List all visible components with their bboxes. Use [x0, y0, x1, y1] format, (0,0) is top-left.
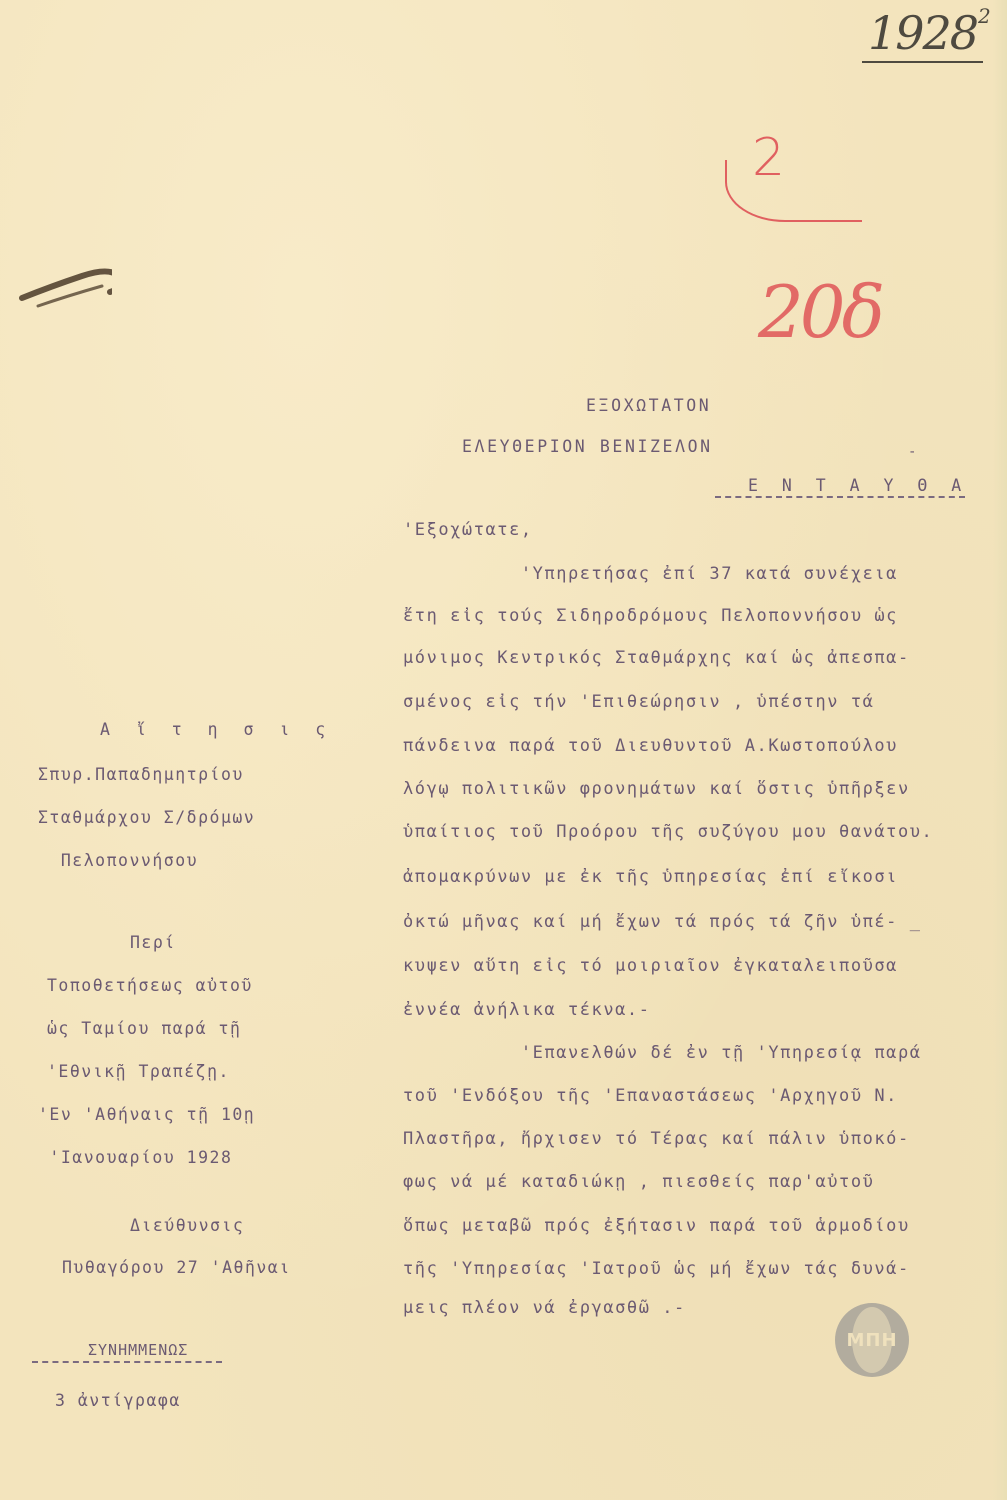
enclosures-value: 3 ἀντίγραφα	[55, 1393, 181, 1410]
letter-greeting: 'Εξοχώτατε,	[403, 522, 533, 539]
dash-mark: -	[908, 445, 918, 459]
subject-line: ὡς Ταμίου παρά τῇ	[47, 1021, 241, 1038]
subject-line: 'Εθνικῇ Τραπέζῃ.	[47, 1064, 230, 1081]
body-line: τῆς 'Υπηρεσίας 'Ιατροῦ ὡς μή ἔχων τάς δυ…	[403, 1261, 910, 1278]
body-line: μόνιμος Κεντρικός Σταθμάρχης καί ὡς ἀπεσ…	[403, 650, 910, 667]
archive-superscript: 2	[978, 4, 991, 28]
body-line: 'Υπηρετήσας ἐπί 37 κατά συνέχεια	[403, 566, 898, 583]
enclosures-underline	[32, 1361, 222, 1363]
petitioner-name: Σπυρ.Παπαδημητρίου	[38, 767, 244, 784]
addressee-location: Ε Ν Τ Α Υ Θ Α	[748, 478, 968, 495]
body-line: Πλαστῆρα, ἤρχισεν τό Τέρας καί πάλιν ὑπο…	[403, 1131, 910, 1148]
body-line: ὀκτώ μῆνας καί μή ἔχων τά πρός τά ζῆν ὑπ…	[403, 914, 922, 931]
subject-label: Περί	[130, 935, 176, 952]
body-line: ὅπως μεταβῶ πρός ἐξήτασιν παρά τοῦ ἁρμοδ…	[403, 1218, 910, 1235]
red-pencil-mark-bottom: 20δ	[758, 270, 881, 354]
body-line: κυψεν αὕτη εἰς τό μοιριαῖον ἐγκαταλειποῦ…	[403, 958, 898, 975]
body-line: ἔτη εἰς τούς Σιδηροδρόμους Πελοποννήσου …	[403, 608, 898, 625]
body-line: λόγῳ πολιτικῶν φρονημάτων καί ὅστις ὑπῆρ…	[403, 781, 910, 798]
red-pencil-curve	[725, 160, 862, 222]
subject-line: Τοποθετήσεως αὐτοῦ	[47, 978, 253, 995]
archive-number: 1928	[862, 8, 983, 63]
body-line: 'Επανελθών δέ ἐν τῇ 'Υπηρεσίᾳ παρά	[403, 1045, 922, 1062]
body-line: μεις πλέον νά ἐργασθῶ .-	[403, 1300, 686, 1317]
addressee-name: ΕΛΕΥΘΕΡΙΟΝ ΒΕΝΙΖΕΛΟΝ	[462, 439, 713, 456]
body-line: σμένος εἰς τήν 'Επιθεώρησιν , ὑπέστην τά	[403, 694, 874, 711]
addressee-title: ΕΞΟΧΩΤΑΤΟΝ	[586, 398, 711, 415]
petitioner-region: Πελοποννήσου	[38, 853, 198, 870]
address-label: Διεύθυνσις	[130, 1218, 244, 1235]
body-line: ἀπομακρύνων με ἐκ τῆς ὑπηρεσίας ἐπί εἴκο…	[403, 869, 898, 886]
body-line: τοῦ 'Ενδόξου τῆς 'Επαναστάσεως 'Αρχηγοῦ …	[403, 1088, 898, 1105]
body-line: ὑπαίτιος τοῦ Προόρου τῆς συζύγου μου θαν…	[403, 824, 933, 841]
place-date: 'Ιανουαρίου 1928	[38, 1150, 232, 1167]
stamp-text: ΜΠΗ	[846, 1330, 897, 1351]
page-edge-shadow	[993, 0, 1007, 1500]
paperclip-stain-icon	[12, 258, 112, 308]
place-date: 'Εν 'Αθήναις τῇ 10ῃ	[38, 1107, 255, 1124]
petitioner-role: Σταθμάρχου Σ/δρόμων	[38, 810, 255, 827]
enclosures-label: ΣΥΝΗΜΜΕΝΩΣ	[88, 1343, 188, 1358]
petition-title: Α ἴ τ η σ ι ς	[100, 722, 333, 739]
address-value: Πυθαγόρου 27 'Αθῆναι	[62, 1260, 291, 1277]
location-underline	[715, 496, 965, 498]
body-line: πάνδεινα παρά τοῦ Διευθυντοῦ Α.Κωστοπούλ…	[403, 738, 898, 755]
body-line: ἐννέα ἀνήλικα τέκνα.-	[403, 1002, 650, 1019]
archive-stamp: ΜΠΗ	[835, 1303, 909, 1377]
body-line: φως νά μέ καταδιώκῃ , πιεσθείς παρ'αὐτοῦ	[403, 1174, 874, 1191]
